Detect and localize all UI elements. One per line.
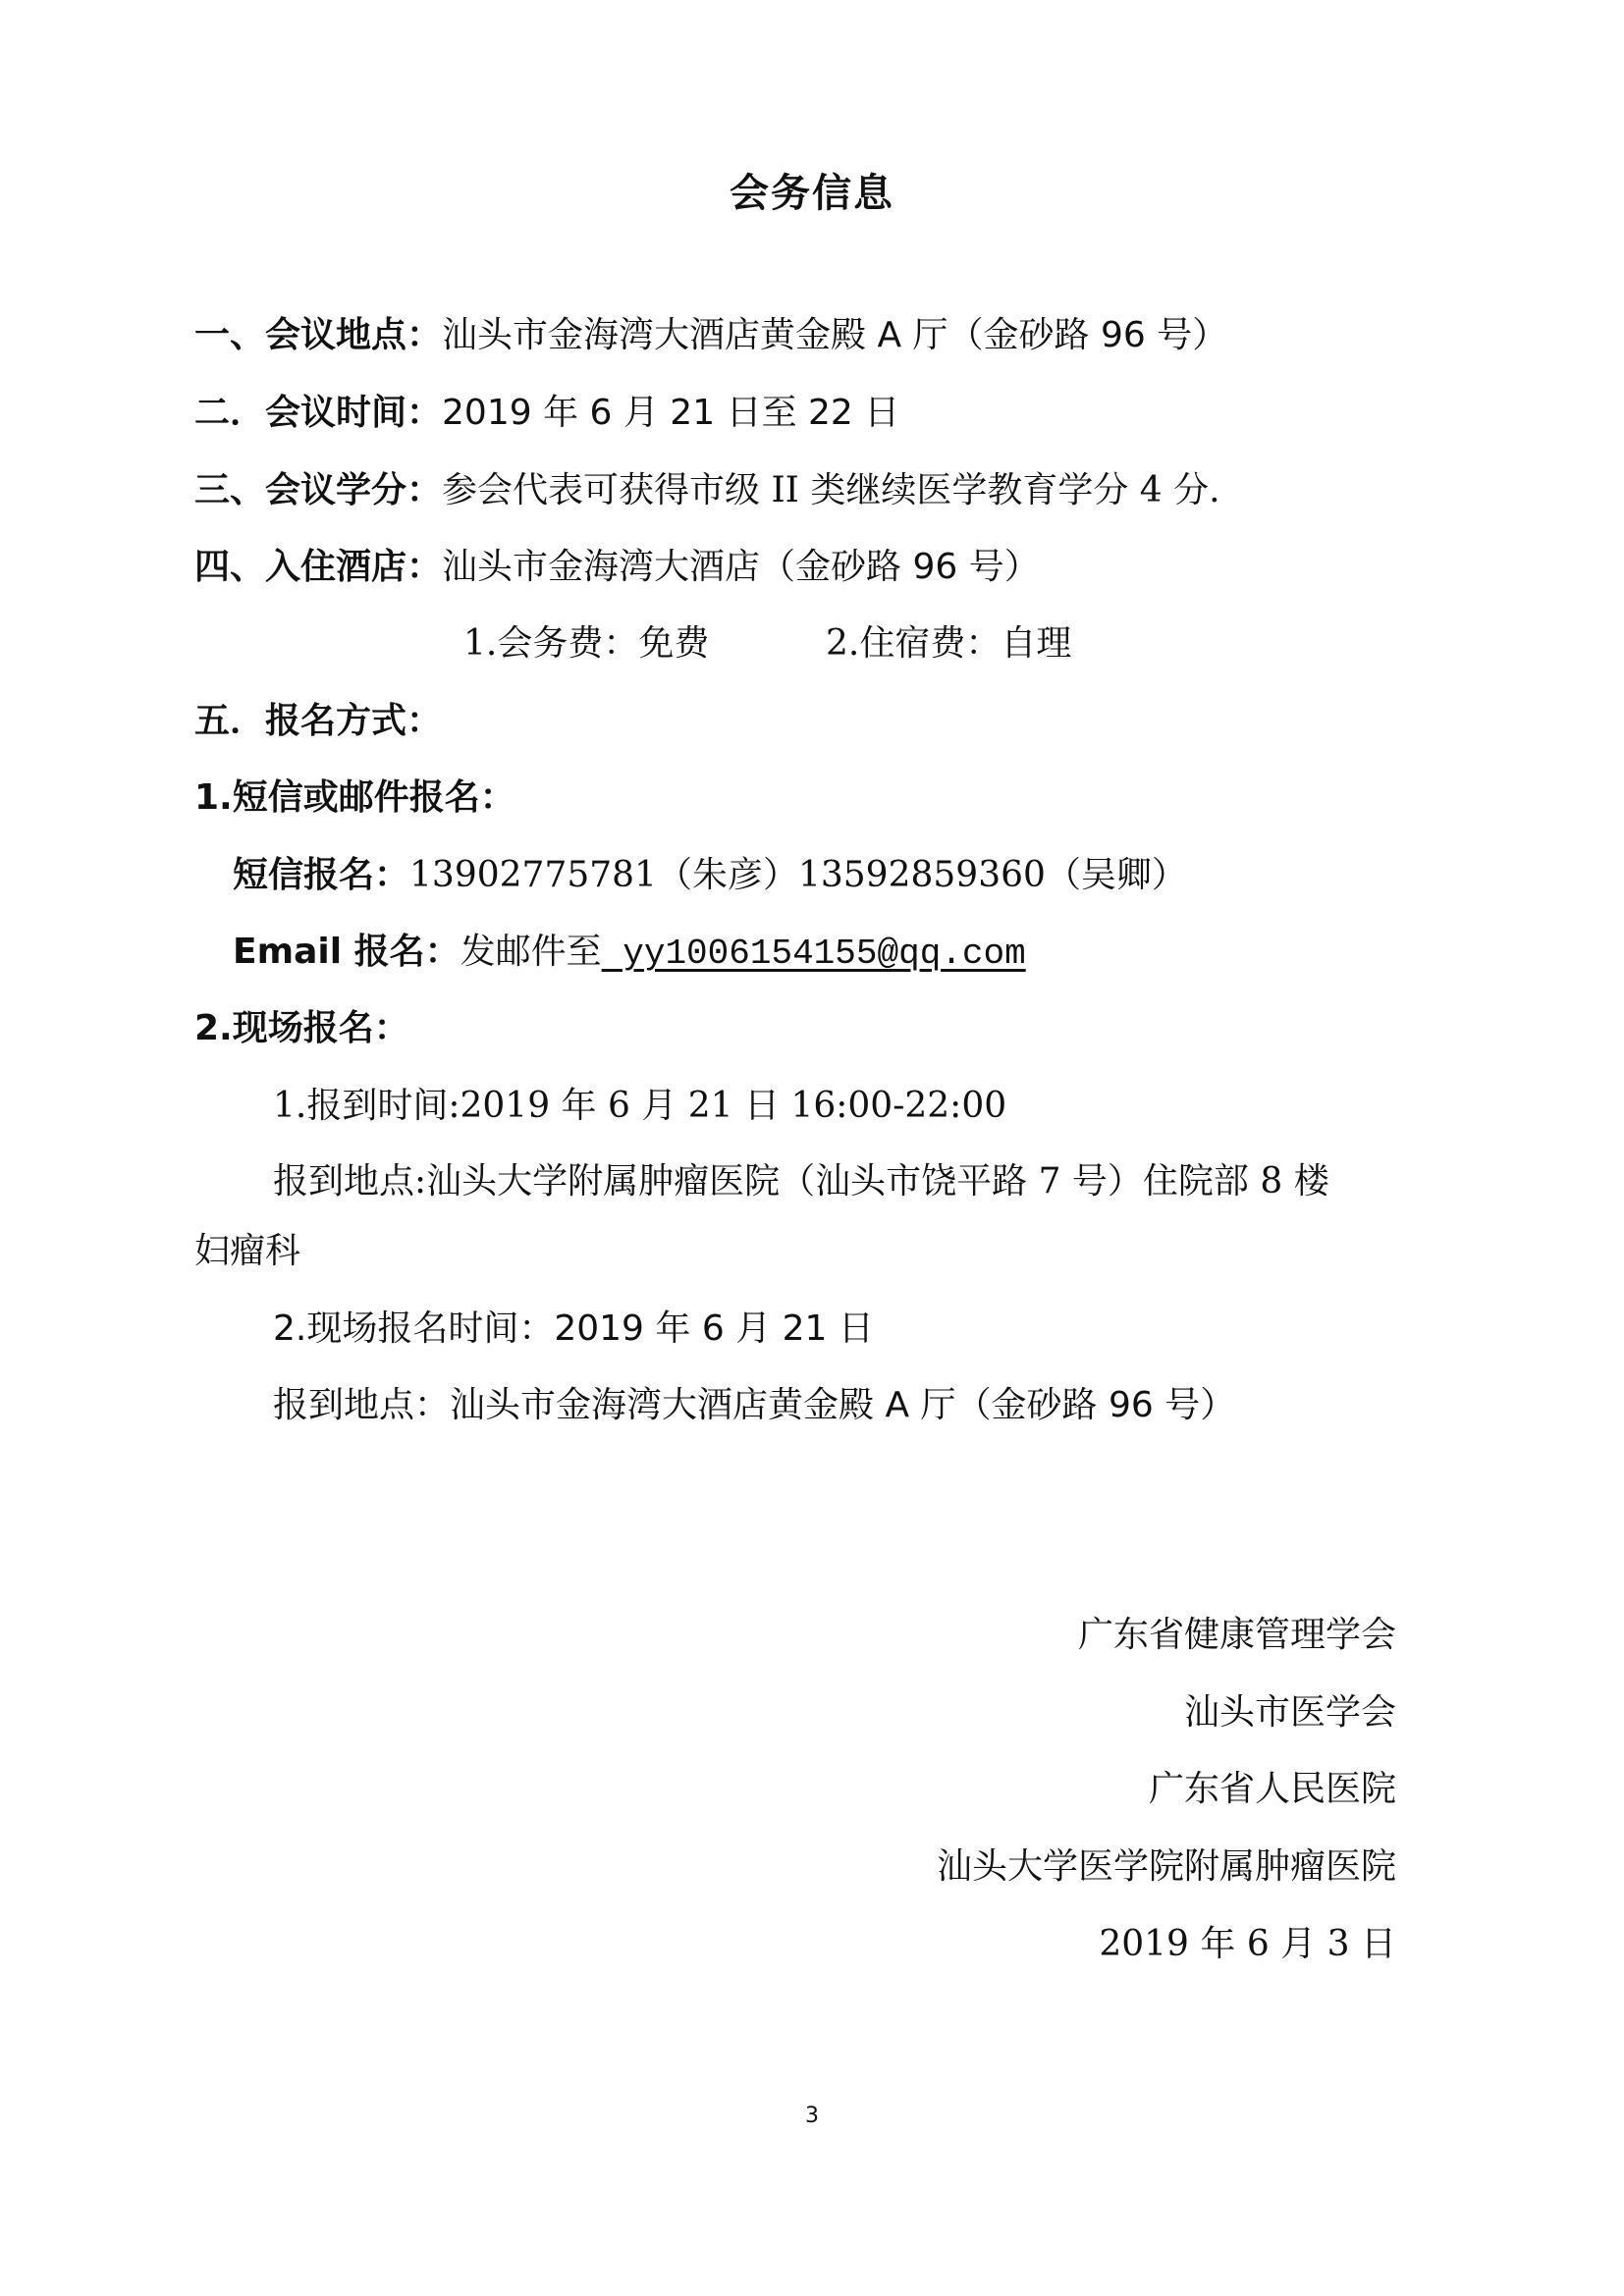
- page-title: 会务信息: [0, 169, 1624, 218]
- time-label: 二．会议时间：: [194, 393, 442, 433]
- organizer-3: 广东省人民医院: [1149, 1766, 1396, 1813]
- email-label: Email 报名：: [233, 932, 460, 972]
- hotel-label: 四、入住酒店：: [194, 547, 442, 587]
- credits-value: 参会代表可获得市级 II 类继续医学教育学分 4 分.: [442, 470, 1220, 510]
- venue-value: 汕头市金海湾大酒店黄金殿 A 厅（金砂路 96 号）: [442, 315, 1227, 355]
- hotel-fee-lodging: 2.住宿费：自理: [826, 620, 1071, 667]
- email-prefix: 发邮件至: [460, 932, 602, 972]
- signature-date: 2019 年 6 月 3 日: [1099, 1921, 1396, 1968]
- sms-label: 短信报名：: [233, 855, 409, 895]
- onsite-heading: 2.现场报名：: [194, 1005, 409, 1052]
- sms-value: 13902775781（朱彦）13592859360（吴卿）: [409, 855, 1187, 895]
- onsite-item1-place: 报到地点:汕头大学附属肿瘤医院（汕头市饶平路 7 号）住院部 8 楼: [273, 1158, 1329, 1205]
- email-link[interactable]: yy1006154155@qq.com: [602, 934, 1026, 974]
- section-time: 二．会议时间：2019 年 6 月 21 日至 22 日: [194, 390, 899, 437]
- venue-label: 一、会议地点：: [194, 315, 442, 355]
- section-hotel: 四、入住酒店：汕头市金海湾大酒店（金砂路 96 号）: [194, 544, 1040, 591]
- hotel-value: 汕头市金海湾大酒店（金砂路 96 号）: [442, 547, 1040, 587]
- organizer-1: 广东省健康管理学会: [1078, 1612, 1396, 1659]
- sms-email-heading: 1.短信或邮件报名：: [194, 774, 515, 822]
- organizer-4: 汕头大学医学院附属肿瘤医院: [937, 1843, 1396, 1891]
- organizer-2: 汕头市医学会: [1184, 1689, 1396, 1736]
- sms-registration: 短信报名：13902775781（朱彦）13592859360（吴卿）: [233, 852, 1187, 899]
- section-credits: 三、会议学分：参会代表可获得市级 II 类继续医学教育学分 4 分.: [194, 467, 1220, 514]
- page-number: 3: [0, 2103, 1624, 2130]
- section-venue: 一、会议地点：汕头市金海湾大酒店黄金殿 A 厅（金砂路 96 号）: [194, 312, 1227, 359]
- onsite-item2-time: 2.现场报名时间：2019 年 6 月 21 日: [273, 1306, 874, 1353]
- email-registration: Email 报名：发邮件至 yy1006154155@qq.com: [233, 929, 1026, 976]
- onsite-item1-place-cont: 妇瘤科: [194, 1228, 300, 1275]
- time-value: 2019 年 6 月 21 日至 22 日: [442, 393, 899, 433]
- onsite-item1-time: 1.报到时间:2019 年 6 月 21 日 16:00-22:00: [273, 1083, 1006, 1130]
- credits-label: 三、会议学分：: [194, 470, 442, 510]
- hotel-fee-conference: 1.会务费：免费: [463, 620, 709, 667]
- onsite-item2-place: 报到地点：汕头市金海湾大酒店黄金殿 A 厅（金砂路 96 号）: [273, 1382, 1235, 1429]
- registration-label: 五．报名方式：: [194, 698, 442, 745]
